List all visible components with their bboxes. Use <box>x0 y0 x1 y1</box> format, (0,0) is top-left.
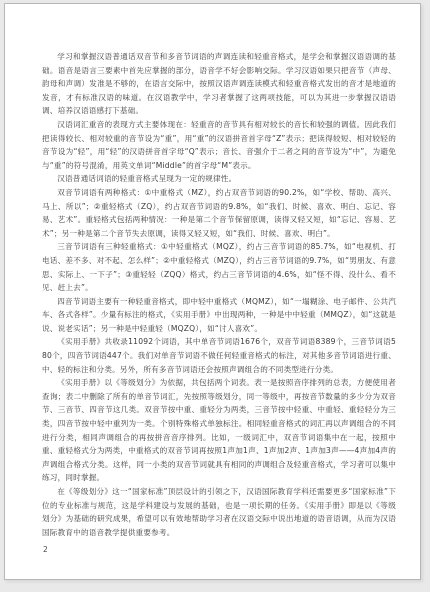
paragraph: 在《等级划分》这一“国家标准”顶层设计的引领之下，汉语国际教育学科还需要更多“国… <box>42 485 396 539</box>
document-page: 学习和掌握汉语普通话双音节和多音节词语的声调连读和轻重音格式，是学会和掌握汉语语… <box>4 3 421 580</box>
paragraph: 学习和掌握汉语普通话双音节和多音节词语的声调连读和轻重音格式，是学会和掌握汉语语… <box>42 50 396 118</box>
document-viewer: 学习和掌握汉语普通话双音节和多音节词语的声调连读和轻重音格式，是学会和掌握汉语语… <box>0 0 430 592</box>
paragraph: 《实用手册》以《等级划分》为依据，共包括两个词表。表一是按照音序排列的总表，方便… <box>42 376 396 485</box>
paragraph: 汉语普通话词语的轻重音格式呈现为一定的规律性。 <box>42 172 396 186</box>
paragraph: 汉语词汇重音的表现方式主要体现在：轻重音的音节具有相对较长的音长和较强的调值。因… <box>42 118 396 172</box>
paragraph: 《实用手册》共收录11092个词语，其中单音节词语1676个，双音节词语8389… <box>42 335 396 376</box>
page-number: 2 <box>43 545 48 554</box>
page-content: 学习和掌握汉语普通话双音节和多音节词语的声调连读和轻重音格式，是学会和掌握汉语语… <box>42 50 396 539</box>
paragraph: 双音节词语有两种格式：①中重格式（MZ），约占双音节词语的90.2%，如“学校、… <box>42 186 396 240</box>
paragraph: 三音节词语有三种轻重格式：①中轻重格式（MQZ），约占三音节词语的85.7%，如… <box>42 240 396 294</box>
paragraph: 四音节词语主要有一种轻重音格式，即中轻中重格式（MQMZ），如“一塌糊涂、电子邮… <box>42 295 396 336</box>
